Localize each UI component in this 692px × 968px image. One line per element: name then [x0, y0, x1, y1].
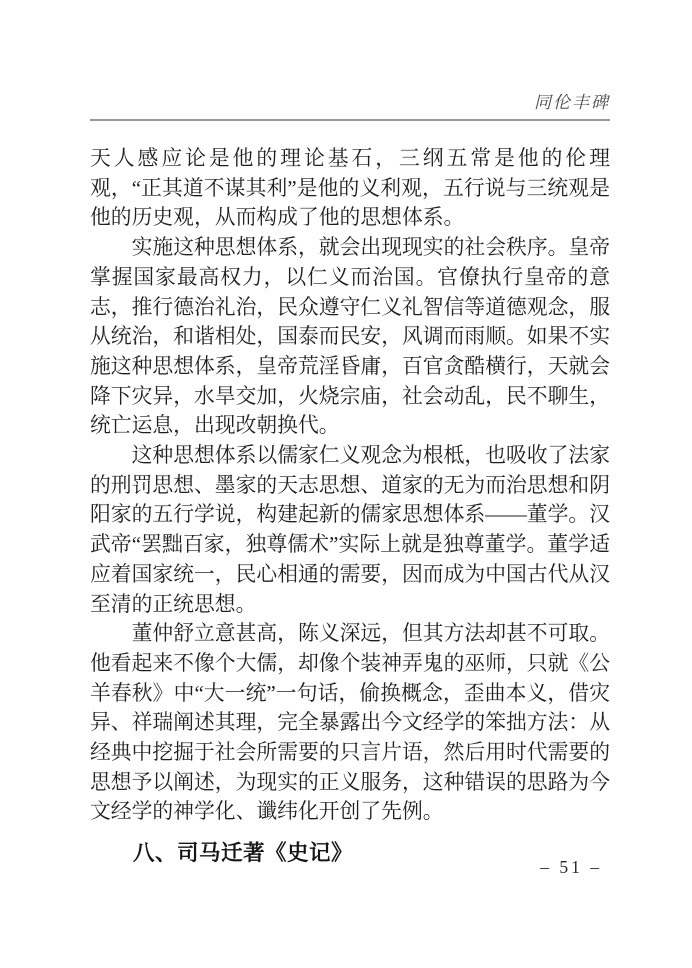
paragraph: 这种思想体系以儒家仁义观念为根柢，也吸收了法家的刑罚思想、墨家的天志思想、道家的… [90, 441, 610, 619]
paragraph: 董仲舒立意甚高，陈义深远，但其方法却甚不可取。他看起来不像个大儒，却像个装神弄鬼… [90, 619, 610, 827]
section-heading: 八、司马迁著《史记》 [90, 839, 610, 869]
paragraph: 实施这种思想体系，就会出现现实的社会秩序。皇帝掌握国家最高权力，以仁义而治国。官… [90, 233, 610, 441]
header-rule [90, 119, 610, 121]
body-text: 天人感应论是他的理论基石，三纲五常是他的伦理观，“正其道不谋其利”是他的义利观，… [90, 144, 610, 904]
book-page: 同伦丰碑 天人感应论是他的理论基石，三纲五常是他的伦理观，“正其道不谋其利”是他… [0, 0, 692, 968]
paragraph: 天人感应论是他的理论基石，三纲五常是他的伦理观，“正其道不谋其利”是他的义利观，… [90, 144, 610, 233]
page-number: – 51 – [540, 857, 602, 878]
running-head: 同伦丰碑 [90, 94, 610, 111]
body-paragraphs: 天人感应论是他的理论基石，三纲五常是他的伦理观，“正其道不谋其利”是他的义利观，… [90, 144, 610, 827]
